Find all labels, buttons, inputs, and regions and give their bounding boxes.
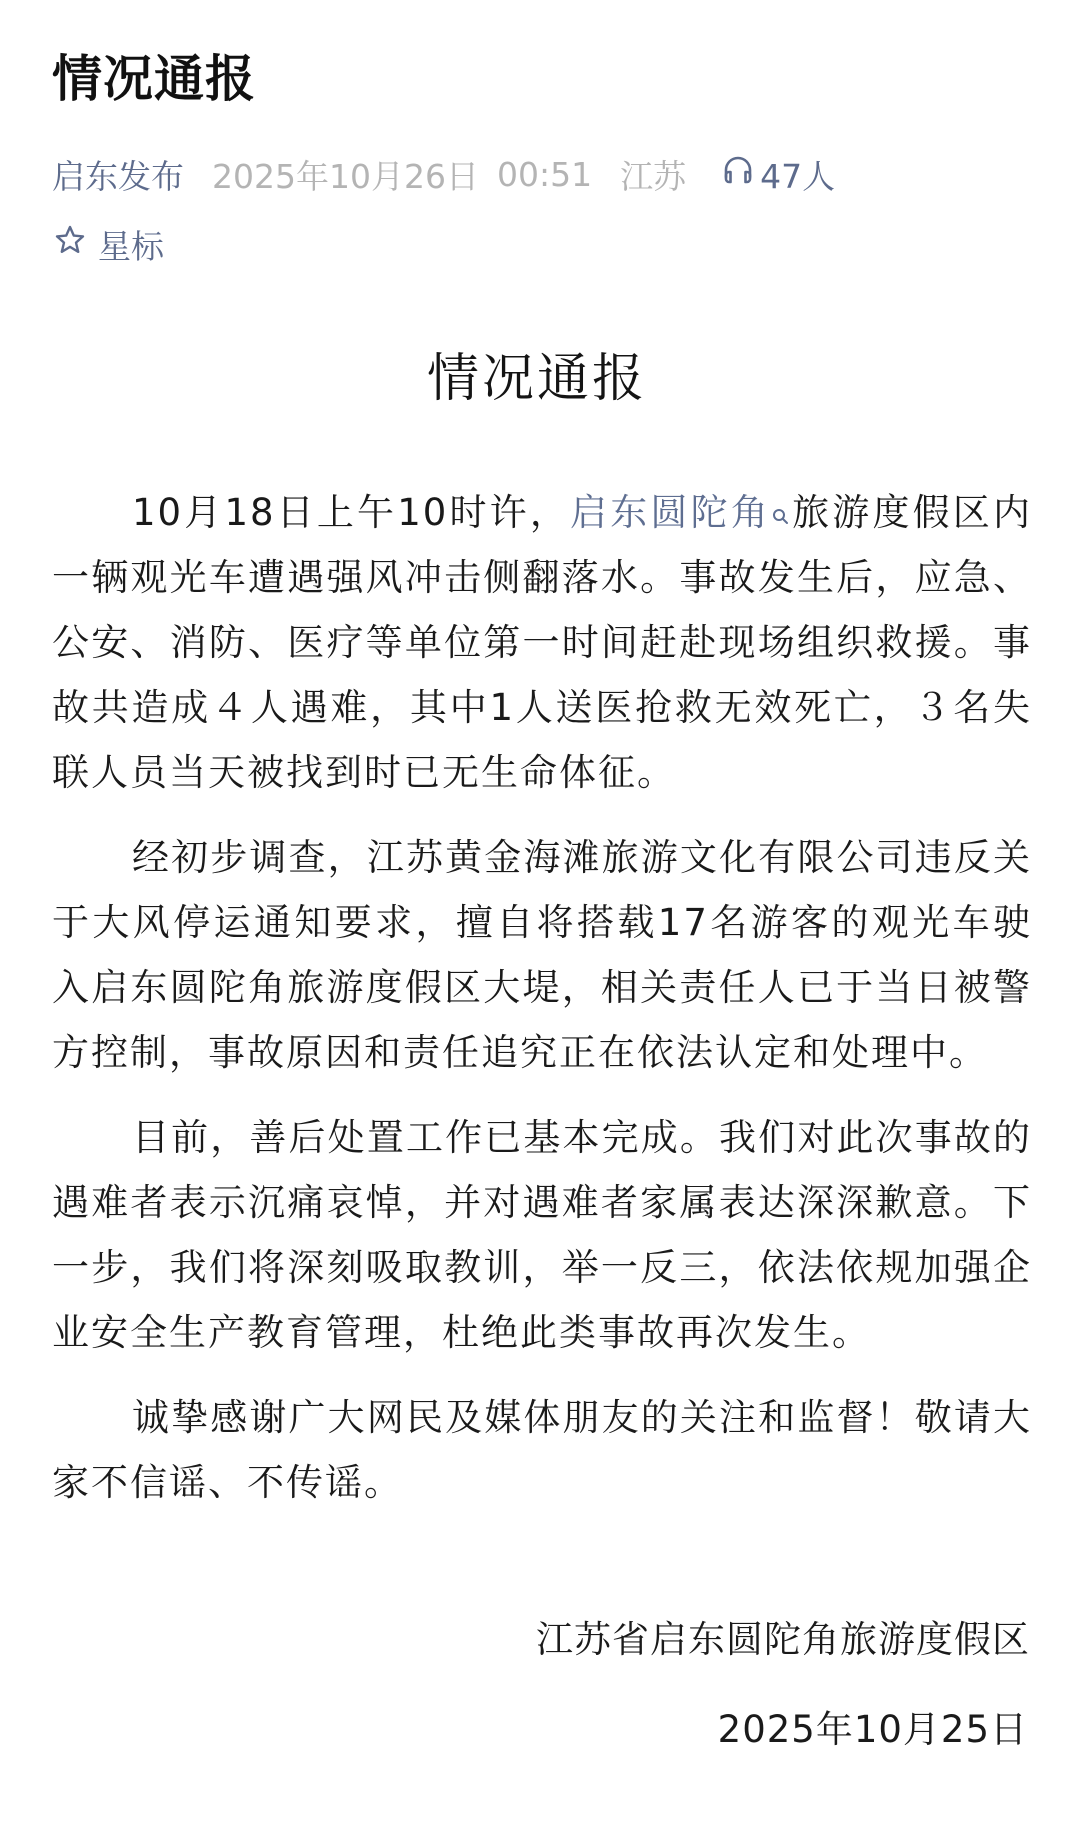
star-button[interactable]: 星标 <box>54 222 164 266</box>
publisher-account-link[interactable]: 启东发布 <box>52 151 184 198</box>
paragraph-1: 10月18日上午10时许，启东圆陀角旅游度假区内一辆观光车遭遇强风冲击侧翻落水。… <box>52 480 1032 805</box>
entity-link-qidong-yuantuojiao[interactable]: 启东圆陀角 <box>570 491 771 534</box>
paragraph-3: 目前，善后处置工作已基本完成。我们对此次事故的遇难者表示沉痛哀悼，并对遇难者家属… <box>52 1105 1032 1365</box>
star-outline-icon <box>54 224 98 264</box>
star-label: 星标 <box>98 221 164 268</box>
listener-count: 47人 <box>760 151 835 198</box>
headphones-icon <box>722 153 760 195</box>
publish-date: 2025年10月26日 <box>212 151 479 198</box>
signature-organization: 江苏省启东圆陀角旅游度假区 <box>536 1608 1030 1672</box>
document-heading: 情况通报 <box>0 346 1074 412</box>
publish-region: 江苏 <box>620 151 686 198</box>
publish-time: 00:51 <box>497 155 592 194</box>
listen-button[interactable]: 47人 <box>722 151 835 198</box>
article-meta: 启东发布 2025年10月26日 00:51 江苏 47人 <box>52 152 835 196</box>
signature-date: 2025年10月25日 <box>718 1698 1028 1762</box>
paragraph-2: 经初步调查，江苏黄金海滩旅游文化有限公司违反关于大风停运通知要求，擅自将搭载17… <box>52 825 1032 1085</box>
paragraph-text: 10月18日上午10时许， <box>132 491 570 534</box>
search-icon[interactable] <box>771 484 789 506</box>
document-body: 10月18日上午10时许，启东圆陀角旅游度假区内一辆观光车遭遇强风冲击侧翻落水。… <box>52 480 1032 1535</box>
paragraph-4: 诚挚感谢广大网民及媒体朋友的关注和监督！敬请大家不信谣、不传谣。 <box>52 1385 1032 1515</box>
paragraph-text: 旅游度假区内一辆观光车遭遇强风冲击侧翻落水。事故发生后，应急、公安、消防、医疗等… <box>52 491 1032 794</box>
article-title: 情况通报 <box>52 46 256 112</box>
